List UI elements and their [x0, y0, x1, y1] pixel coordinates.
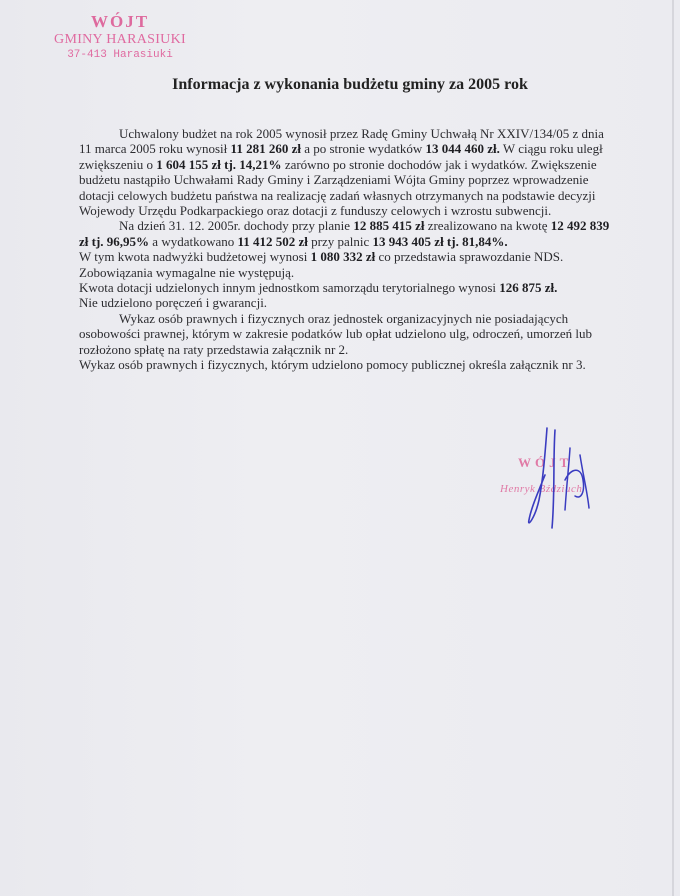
highlighted-amount: 11 281 260 zł [231, 141, 301, 156]
text-segment: Wykaz osób prawnych i fizycznych, którym… [79, 357, 586, 372]
text-segment: W tym kwota nadwyżki budżetowej wynosi [79, 249, 311, 264]
text-segment: a wydatkowano [149, 234, 237, 249]
handwritten-signature-icon [525, 420, 615, 535]
document-body: Uchwalony budżet na rok 2005 wynosił prz… [79, 126, 619, 373]
paragraph: Nie udzielono poręczeń i gwarancji. [79, 295, 619, 310]
page-edge [672, 0, 674, 896]
text-segment: Zobowiązania wymagalne nie występują. [79, 265, 294, 280]
scanned-page: WÓJT GMINY HARASIUKI 37-413 Harasiuki In… [0, 0, 680, 896]
paragraph: Kwota dotacji udzielonych innym jednostk… [79, 280, 619, 295]
stamp-address: 37-413 Harasiuki [40, 48, 200, 63]
text-segment: zrealizowano na kwotę [424, 218, 550, 233]
stamp-municipality: GMINY HARASIUKI [40, 32, 200, 48]
header-stamp: WÓJT GMINY HARASIUKI 37-413 Harasiuki [40, 12, 200, 63]
highlighted-amount: 13 943 405 zł tj. 81,84%. [373, 234, 508, 249]
highlighted-amount: 126 875 zł. [499, 280, 557, 295]
highlighted-amount: 11 412 502 zł [238, 234, 308, 249]
text-segment: Kwota dotacji udzielonych innym jednostk… [79, 280, 499, 295]
paragraph: Wykaz osób prawnych i fizycznych, którym… [79, 357, 619, 372]
paragraph: Zobowiązania wymagalne nie występują. [79, 265, 619, 280]
highlighted-amount: 12 885 415 zł [353, 218, 424, 233]
paragraph: Wykaz osób prawnych i fizycznych oraz je… [79, 311, 619, 357]
paragraph: W tym kwota nadwyżki budżetowej wynosi 1… [79, 249, 619, 264]
document-title: Informacja z wykonania budżetu gminy za … [0, 76, 680, 94]
text-segment: przy palnic [308, 234, 373, 249]
text-segment: Na dzień 31. 12. 2005r. dochody przy pla… [119, 218, 353, 233]
text-segment: Wykaz osób prawnych i fizycznych oraz je… [79, 311, 592, 357]
text-segment: co przedstawia sprawozdanie NDS. [375, 249, 563, 264]
text-segment: Nie udzielono poręczeń i gwarancji. [79, 295, 267, 310]
highlighted-amount: 13 044 460 zł. [426, 141, 500, 156]
paragraph: Uchwalony budżet na rok 2005 wynosił prz… [79, 126, 619, 218]
highlighted-amount: 1 080 332 zł [311, 249, 376, 264]
highlighted-amount: 1 604 155 zł tj. 14,21% [156, 157, 281, 172]
paragraph: Na dzień 31. 12. 2005r. dochody przy pla… [79, 218, 619, 249]
stamp-title: WÓJT [40, 12, 200, 32]
text-segment: a po stronie wydatków [301, 141, 426, 156]
